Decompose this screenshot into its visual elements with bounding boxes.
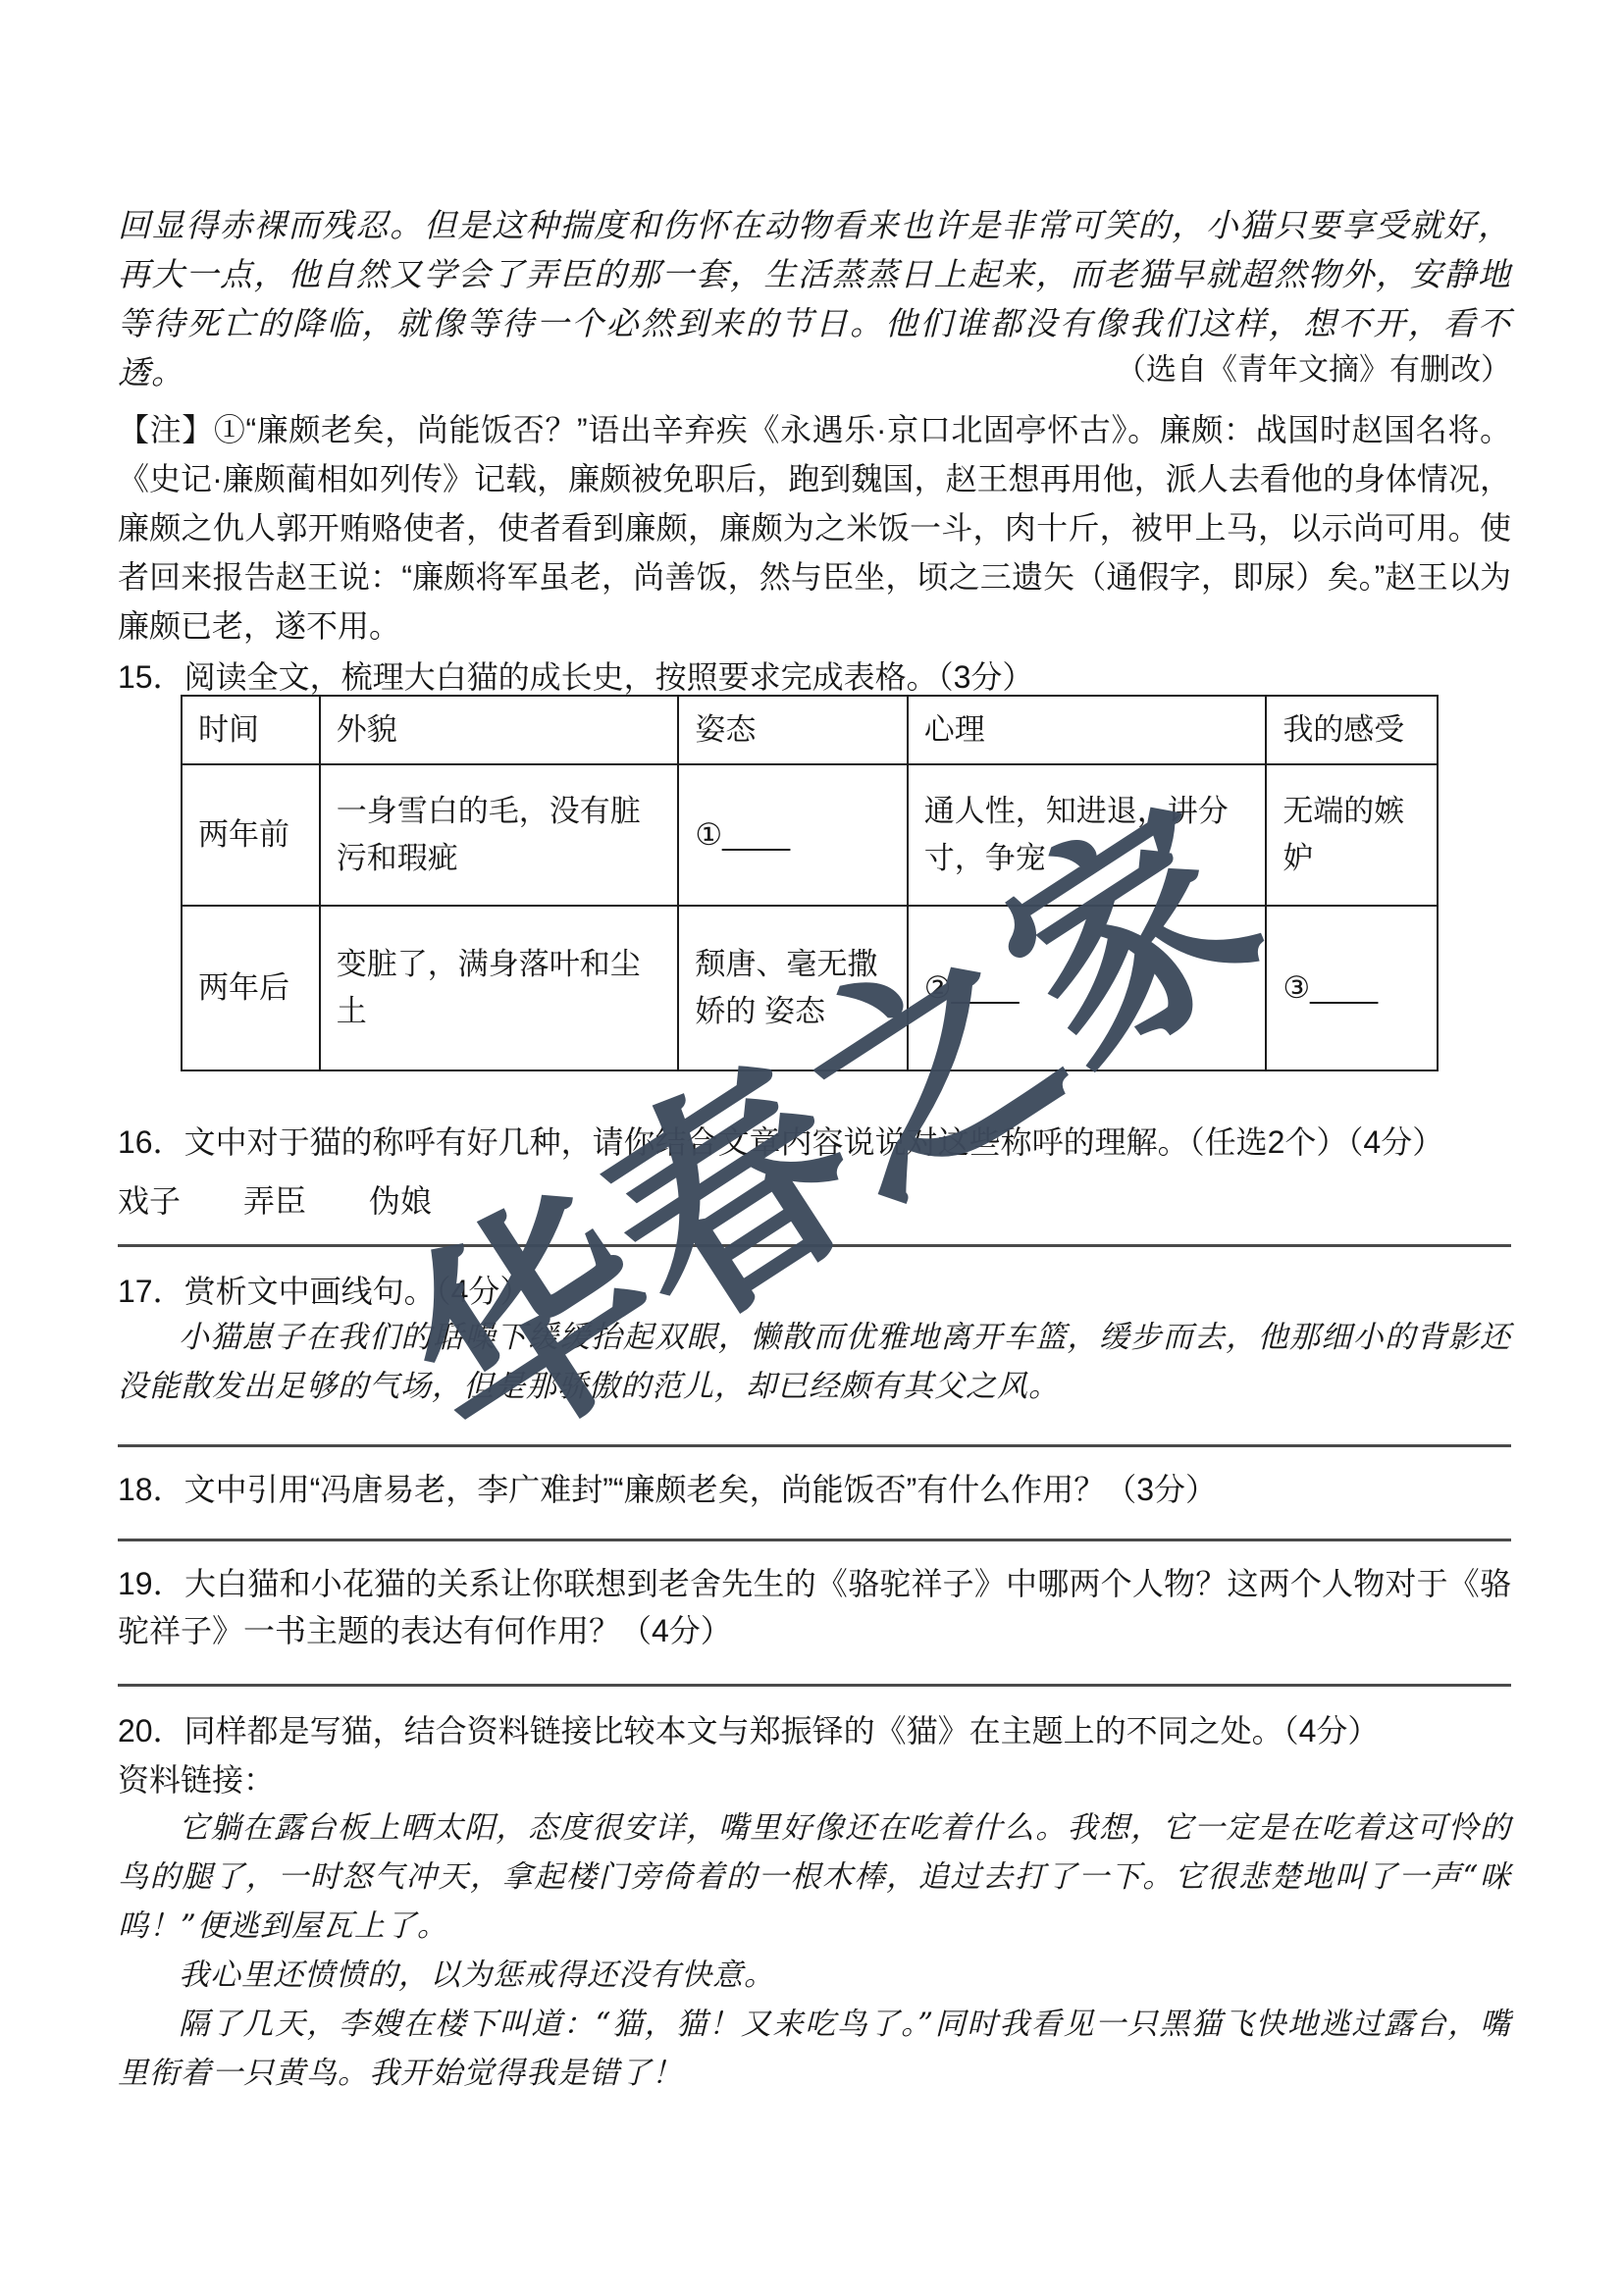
question-20: 20．同样都是写猫，结合资料链接比较本文与郑振铎的《猫》在主题上的不同之处。（4… <box>118 1707 1511 1754</box>
table-cell: 通人性，知进退，讲分寸，争宠 <box>908 764 1267 906</box>
table-header-cell: 心理 <box>908 696 1267 764</box>
annotation-note: 【注】①“廉颇老矣，尚能饭否？”语出辛弃疾《永遇乐·京口北固亭怀古》。廉颇：战国… <box>118 405 1511 651</box>
table-header-cell: 我的感受 <box>1266 696 1438 764</box>
table-header-cell: 外貌 <box>320 696 679 764</box>
table-header-cell: 时间 <box>182 696 320 764</box>
table-row: 两年后 变脏了，满身落叶和尘土 颓唐、毫无撒娇的 姿态 ②____ ③____ <box>182 906 1438 1070</box>
table-cell-blank-3: ③____ <box>1266 906 1438 1070</box>
table-cell: 颓唐、毫无撒娇的 姿态 <box>678 906 907 1070</box>
answer-divider <box>118 1684 1511 1687</box>
growth-table: 时间 外貌 姿态 心理 我的感受 两年前 一身雪白的毛，没有脏污和瑕疵 ①___… <box>181 695 1439 1071</box>
growth-table-wrap: 时间 外貌 姿态 心理 我的感受 两年前 一身雪白的毛，没有脏污和瑕疵 ①___… <box>118 695 1511 1068</box>
table-cell: 两年前 <box>182 764 320 906</box>
answer-divider <box>118 1244 1511 1247</box>
question-15: 15．阅读全文，梳理大白猫的成长史，按照要求完成表格。（3分） <box>118 653 1511 701</box>
table-cell-blank-1: ①____ <box>678 764 907 906</box>
table-header-cell: 姿态 <box>678 696 907 764</box>
quoted-passage: 小猫崽子在我们的聒噪下缓缓抬起双眼，懒散而优雅地离开车篮，缓步而去，他那细小的背… <box>118 1313 1511 1411</box>
material-link-label: 资料链接： <box>118 1756 1511 1803</box>
material-paragraph: 我心里还愤愤的，以为惩戒得还没有快意。 <box>118 1951 1511 2000</box>
material-passages: 它躺在露台板上晒太阳，态度很安详，嘴里好像还在吃着什么。我想，它一定是在吃着这可… <box>118 1803 1511 2098</box>
exam-paper-page: 回显得赤裸而残忍。但是这种揣度和伤怀在动物看来也许是非常可笑的，小猫只要享受就好… <box>0 0 1623 2296</box>
answer-divider <box>118 1539 1511 1541</box>
question-16: 16．文中对于猫的称呼有好几种，请你结合文章内容说说对这些称呼的理解。（任选2个… <box>118 1119 1511 1166</box>
source-attribution: （选自《青年文摘》有删改） <box>118 350 1511 390</box>
table-cell: 两年后 <box>182 906 320 1070</box>
table-header-row: 时间 外貌 姿态 心理 我的感受 <box>182 696 1438 764</box>
material-paragraph: 它躺在露台板上晒太阳，态度很安详，嘴里好像还在吃着什么。我想，它一定是在吃着这可… <box>118 1803 1511 1951</box>
table-cell: 无端的嫉妒 <box>1266 764 1438 906</box>
question-19: 19．大白猫和小花猫的关系让你联想到老舍先生的《骆驼祥子》中哪两个人物？这两个人… <box>118 1560 1511 1654</box>
material-paragraph: 隔了几天，李嫂在楼下叫道：“猫，猫！又来吃鸟了。”同时我看见一只黑猫飞快地逃过露… <box>118 2000 1511 2098</box>
cat-name-options: 戏子 弄臣 伪娘 <box>118 1177 1511 1225</box>
table-row: 两年前 一身雪白的毛，没有脏污和瑕疵 ①____ 通人性，知进退，讲分寸，争宠 … <box>182 764 1438 906</box>
question-17: 17．赏析文中画线句。（4分） <box>118 1268 1511 1315</box>
question-18: 18．文中引用“冯唐易老，李广难封”“廉颇老矣，尚能饭否”有什么作用？（3分） <box>118 1466 1511 1513</box>
table-cell: 一身雪白的毛，没有脏污和瑕疵 <box>320 764 679 906</box>
table-cell: 变脏了，满身落叶和尘土 <box>320 906 679 1070</box>
table-cell-blank-2: ②____ <box>908 906 1267 1070</box>
answer-divider <box>118 1444 1511 1447</box>
